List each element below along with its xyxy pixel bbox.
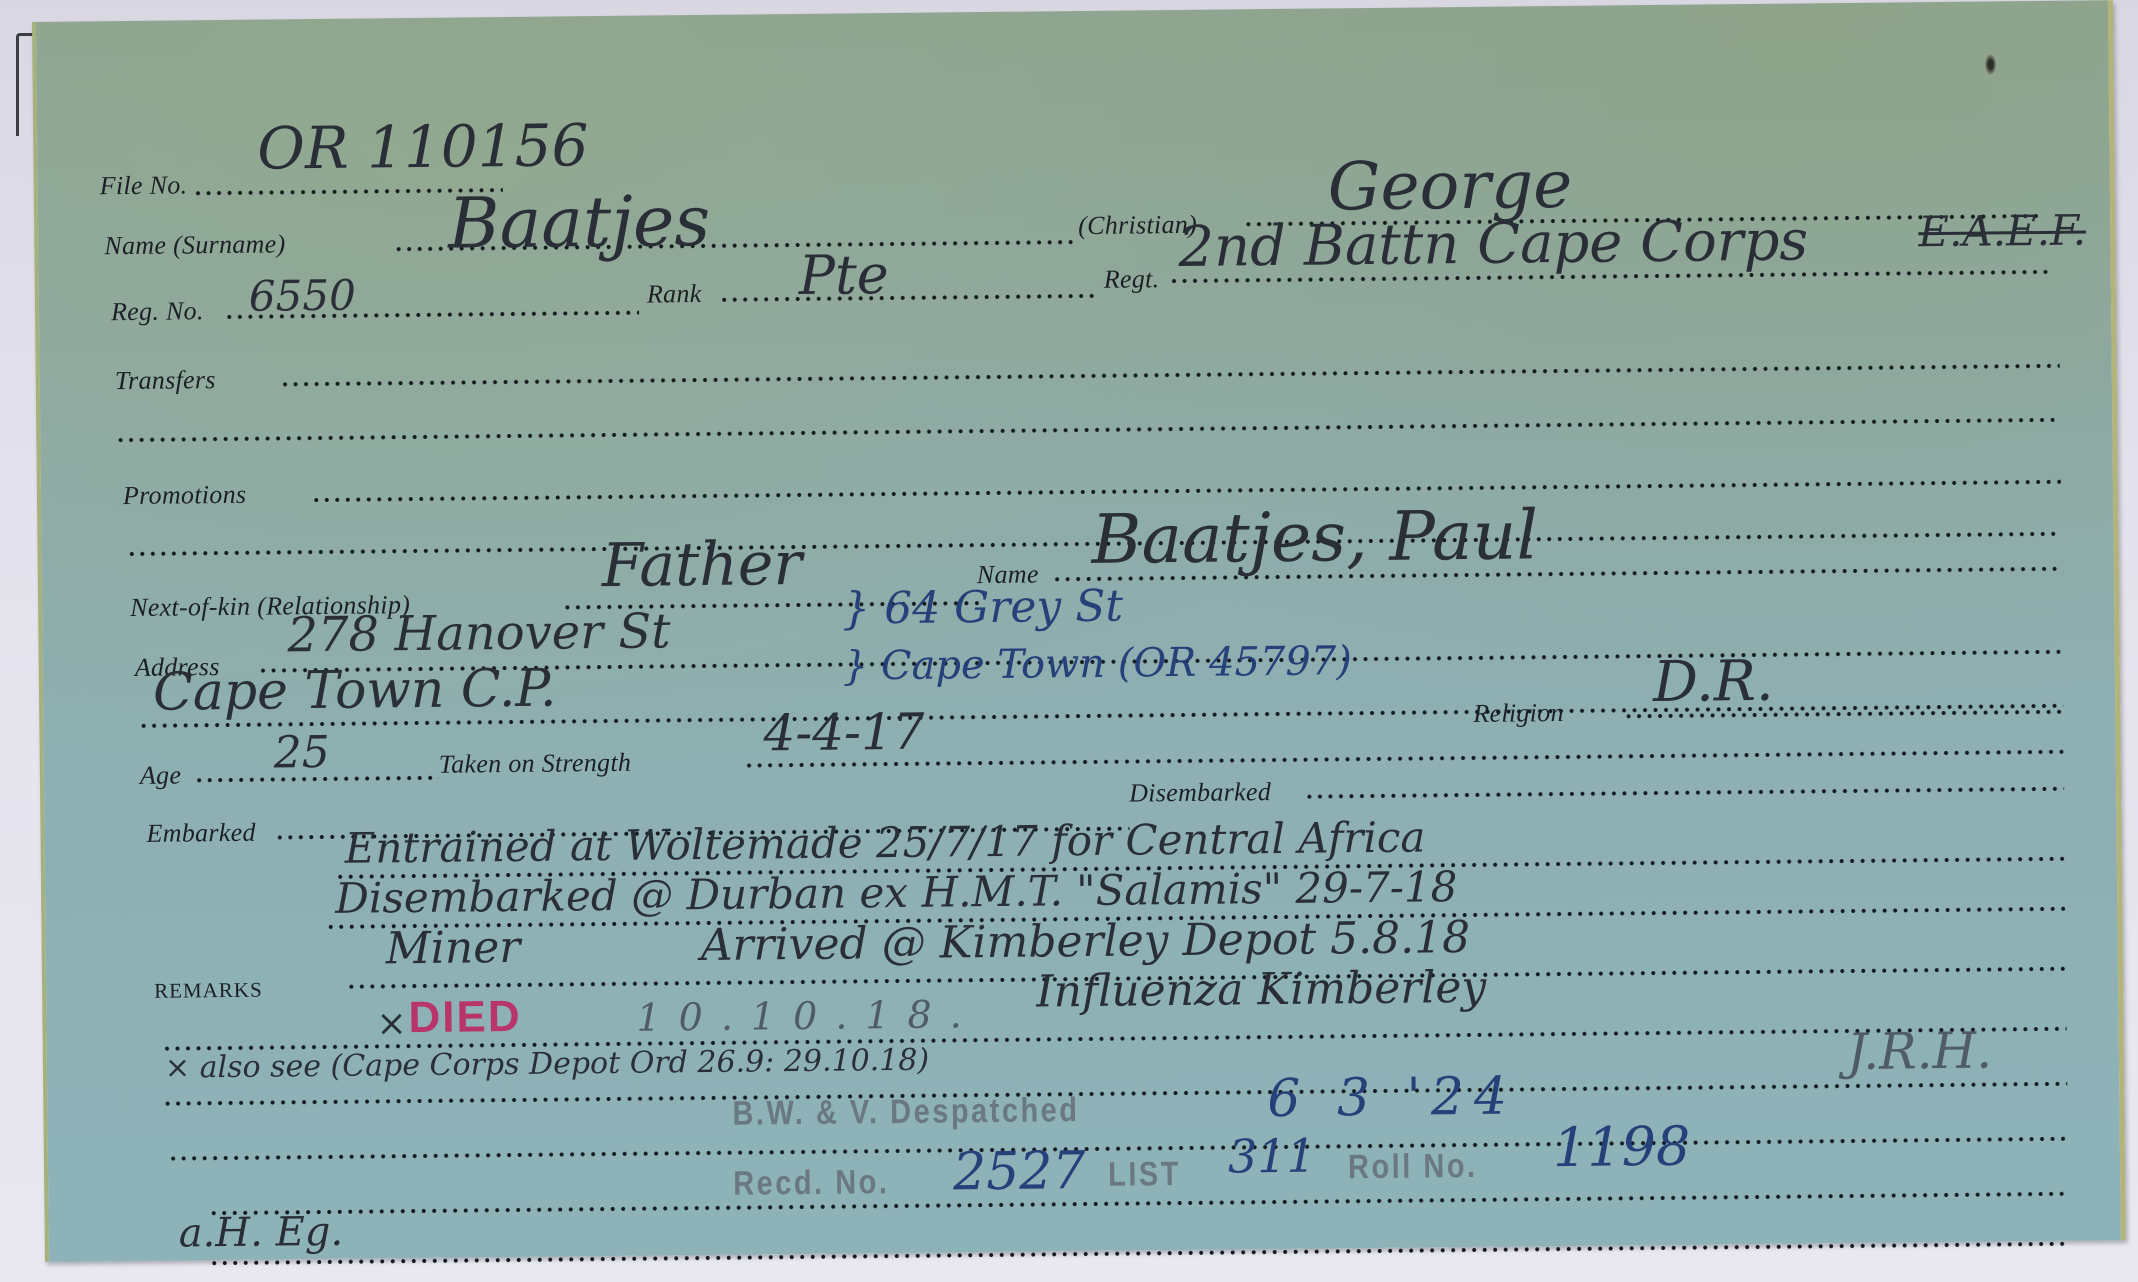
initials-bottom: a.H. Eg. <box>178 1209 343 1257</box>
address-line2: Cape Town C.P. <box>153 659 557 723</box>
cause-place: Influenza Kimberley <box>1036 962 1487 1018</box>
disembarked-label: Disembarked <box>1129 777 1271 808</box>
surname-label: Name (Surname) <box>104 229 285 261</box>
dotted-line <box>162 1081 2067 1107</box>
died-date: 10.10.18. <box>636 992 980 1040</box>
age-value: 25 <box>273 727 330 779</box>
initials-right: J.R.H. <box>1847 1022 1993 1082</box>
address-line1: 278 Hanover St <box>287 603 671 663</box>
dotted-line <box>208 1191 2068 1216</box>
regt-label: Regt. <box>1104 264 1160 295</box>
dotted-line <box>115 417 2060 443</box>
file-no-value: OR 110156 <box>257 111 589 182</box>
address-line1-note: } 64 Grey St <box>842 581 1123 635</box>
recd-no-value: 2527 <box>953 1141 1086 1202</box>
nok-relationship-value: Father <box>601 529 802 601</box>
reg-no-value: 6550 <box>249 271 356 321</box>
roll-no-label: Roll No. <box>1348 1147 1478 1187</box>
rank-value: Pte <box>798 243 889 307</box>
regt-struck-out: E.A.E.F. <box>1918 206 2086 257</box>
file-no-label: File No. <box>100 170 188 201</box>
embarked-label: Embarked <box>146 818 256 849</box>
occupation-value: Miner <box>385 922 520 974</box>
bwv-despatched-date: 6 3 '24 <box>1267 1067 1517 1130</box>
religion-value: D.R. <box>1653 649 1774 715</box>
taken-on-strength-value: 4-4-17 <box>763 703 925 763</box>
dotted-line <box>209 1241 2069 1266</box>
dotted-line <box>1304 786 2064 800</box>
transfers-label: Transfers <box>115 365 216 396</box>
roll-no-value: 1198 <box>1553 1115 1691 1179</box>
remarks-label: REMARKS <box>154 978 263 1004</box>
dotted-line <box>719 293 1099 303</box>
rank-label: Rank <box>647 279 702 310</box>
list-label: LIST <box>1108 1155 1181 1195</box>
address-line2-note: } Cape Town (OR 45797) <box>843 638 1353 689</box>
died-mark: × <box>376 1003 407 1044</box>
taken-on-strength-label: Taken on Strength <box>439 748 632 780</box>
died-stamp: DIED <box>408 992 522 1043</box>
age-label: Age <box>140 760 182 790</box>
service-record-card: File No. OR 110156 Name (Surname) Baatje… <box>32 0 2126 1262</box>
promotions-label: Promotions <box>123 480 247 511</box>
dotted-line <box>744 749 2064 769</box>
dotted-line <box>280 363 2060 388</box>
list-no: 311 <box>1228 1129 1316 1184</box>
reg-no-label: Reg. No. <box>111 296 204 327</box>
regt-value: 2nd Battn Cape Corps <box>1178 208 1808 280</box>
recd-no-label: Recd. No. <box>733 1163 890 1204</box>
nok-name-value: Baatjes, Paul <box>1091 496 1538 580</box>
religion-label: Religion <box>1473 698 1564 729</box>
see-also-note: × also see (Cape Corps Depot Ord 26.9: 2… <box>165 1043 930 1086</box>
pin-hole <box>1984 53 1996 75</box>
bwv-despatched-stamp: B.W. & V. Despatched <box>732 1091 1079 1134</box>
surname-value: Baatjes <box>448 180 711 265</box>
movement-line-3: Arrived @ Kimberley Depot 5.8.18 <box>700 912 1470 971</box>
